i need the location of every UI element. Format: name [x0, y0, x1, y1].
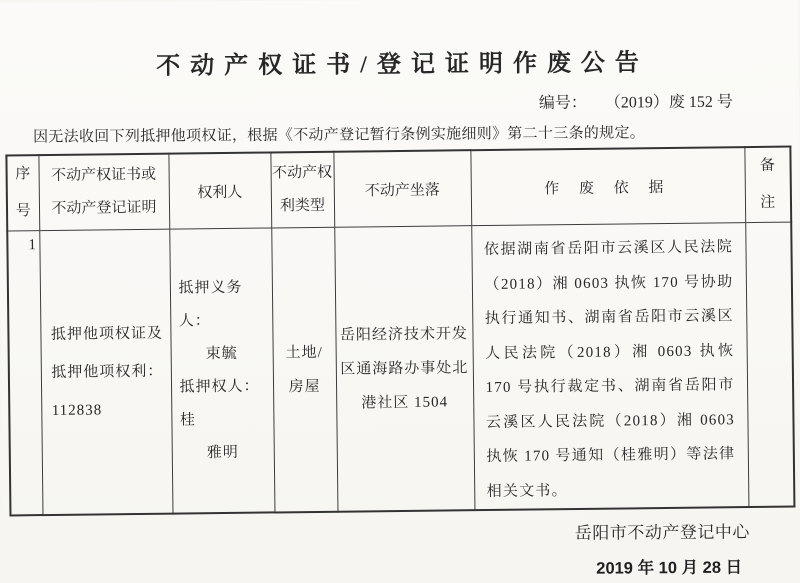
header-row: 序 号 不动产权证书或 不动产登记证明 权利人 不动产权 利类型 不动产坐落 作… — [6, 147, 791, 231]
header-holder: 权利人 — [168, 152, 271, 229]
document-number-label: 编号： — [539, 95, 587, 112]
cell-location: 岳阳经济技术开发 区通海路办事处北 港社区 1504 — [334, 226, 474, 512]
cell-seq: 1 — [7, 231, 42, 516]
cell-basis: 依据湖南省岳阳市云溪区人民法院（2018）湘 0603 执恢 170 号协助执行… — [471, 223, 748, 511]
cell-certificate: 抵押他项权证及 抵押他项权利： 112838 — [39, 229, 172, 515]
header-right-type: 不动产权 利类型 — [270, 152, 334, 228]
header-remark: 备 注 — [744, 147, 791, 223]
header-location: 不动产坐落 — [333, 150, 471, 227]
scanned-notice-page: 不 动 产 权 证 书 / 登 记 证 明 作 废 公 告 编号：（2019）废… — [0, 0, 800, 540]
document-number-value: （2019）废 152 号 — [613, 94, 733, 112]
table-body: 1 抵押他项权证及 抵押他项权利： 112838 抵押义务人： 束毓 抵押权人：… — [7, 222, 794, 515]
intro-paragraph: 因无法收回下列抵押他项权证，根据《不动产登记暂行条例实施细则》第二十三条的规定。 — [0, 120, 799, 147]
header-basis: 作 废 依 据 — [470, 147, 745, 226]
cell-right-type: 土地/ 房屋 — [271, 227, 337, 512]
invalidation-table: 序 号 不动产权证书或 不动产登记证明 权利人 不动产权 利类型 不动产坐落 作… — [5, 146, 795, 517]
signature-block: 岳阳市不动产登记中心 2019 年 10 月 28 日 — [2, 517, 800, 540]
page-title: 不 动 产 权 证 书 / 登 记 证 明 作 废 公 告 — [0, 41, 799, 82]
header-certificate: 不动产权证书或 不动产登记证明 — [38, 154, 169, 231]
document-number-line: 编号：（2019）废 152 号 — [0, 88, 799, 117]
cell-remark — [745, 222, 794, 507]
table-header: 序 号 不动产权证书或 不动产登记证明 权利人 不动产权 利类型 不动产坐落 作… — [6, 147, 791, 231]
table-row: 1 抵押他项权证及 抵押他项权利： 112838 抵押义务人： 束毓 抵押权人：… — [7, 222, 794, 515]
cell-holder: 抵押义务人： 束毓 抵押权人：桂 雅明 — [169, 228, 274, 514]
header-seq: 序 号 — [6, 155, 39, 231]
issuing-organization: 岳阳市不动产登记中心 — [2, 518, 750, 540]
